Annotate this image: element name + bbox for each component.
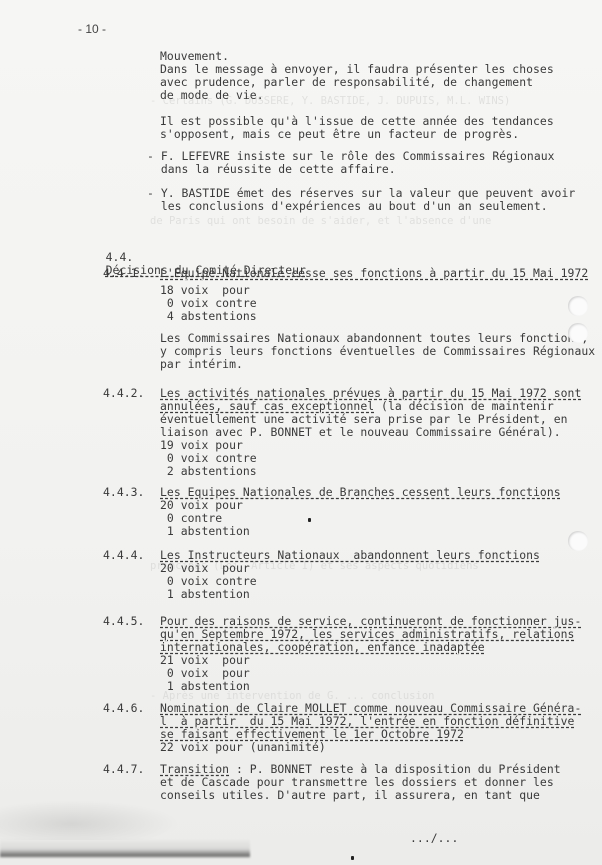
vote-line: 1 abstention [160,680,250,693]
decision-title: Transition [160,762,229,776]
decision-number: 4.4.4. [103,549,144,562]
decision-title: Les Equipes Nationales de Branches cesse… [160,485,561,499]
decision-number: 4.4.2. [103,387,144,400]
decision-title: L'Equipe Nationale cesse ses fonctions à… [160,266,588,280]
vote-line: 1 abstention [160,525,250,538]
intro-paragraph-1: Mouvement. Dans le message à envoyer, il… [160,50,554,102]
bleed-through-text: de Paris qui ont besoin de s'aider, et l… [150,215,491,227]
page-smudge [0,800,180,840]
punch-hole [568,296,588,316]
bullet-bastide: - Y. BASTIDE émet des réserves sur la va… [147,187,575,213]
decision-note-line: par intérim. [160,358,243,371]
ink-speck [351,856,354,860]
decision-title-tail: : P. BONNET reste à la disposition du Pr… [229,762,561,776]
decision-title: qu'en Septembre 1972, les services admin… [160,627,574,641]
decision-number: 4.4.3. [103,486,144,499]
decision-title: se faisant effectivement le 1er Octobre … [160,727,464,741]
decision-title: Les Instructeurs Nationaux abandonnent l… [160,548,540,562]
vote-line: 1 abstention [160,588,250,601]
decision-number: 4.4.5. [103,615,144,628]
page-number: - 10 - [78,22,106,36]
decision-title-line: L'Equipe Nationale cesse ses fonctions à… [160,267,588,280]
decision-number: 4.4.7. [103,763,144,776]
page-fold-shadow [0,838,250,858]
decision-title-tail: (la décision de maintenir [374,399,554,413]
vote-line: 4 abstentions [160,310,257,323]
continuation-mark: .../... [410,832,458,845]
document-page: - Certains (G. DUSSERE, Y. BASTIDE, J. D… [0,0,602,865]
punch-hole [568,531,588,551]
ink-speck [308,518,311,522]
decision-number: 4.4.6. [103,702,144,715]
decision-number: 4.4.1. [103,267,144,280]
decision-title: annulées, sauf cas exceptionnel [160,399,374,413]
punch-hole [568,323,588,343]
decision-title: Pour des raisons de service, continueron… [160,614,581,628]
decision-title: l à partir du 15 Mai 1972, l'entrée en f… [160,714,574,728]
decision-body-line: conseils utiles. D'autre part, il assure… [160,789,540,802]
bullet-lefevre: - F. LEFEVRE insiste sur le rôle des Com… [147,150,555,176]
section-number: 4.4. [106,250,134,264]
decision-title: Les activités nationales prévues à parti… [160,386,581,400]
decision-title: internationales, coopération, enfance in… [160,640,485,654]
decision-title: Nomination de Claire MOLLET comme nouvea… [160,701,581,715]
intro-paragraph-2: Il est possible qu'à l'issue de cette an… [160,115,554,141]
vote-line: 22 voix pour (unanimité) [160,741,326,754]
vote-line: 2 abstentions [160,465,257,478]
